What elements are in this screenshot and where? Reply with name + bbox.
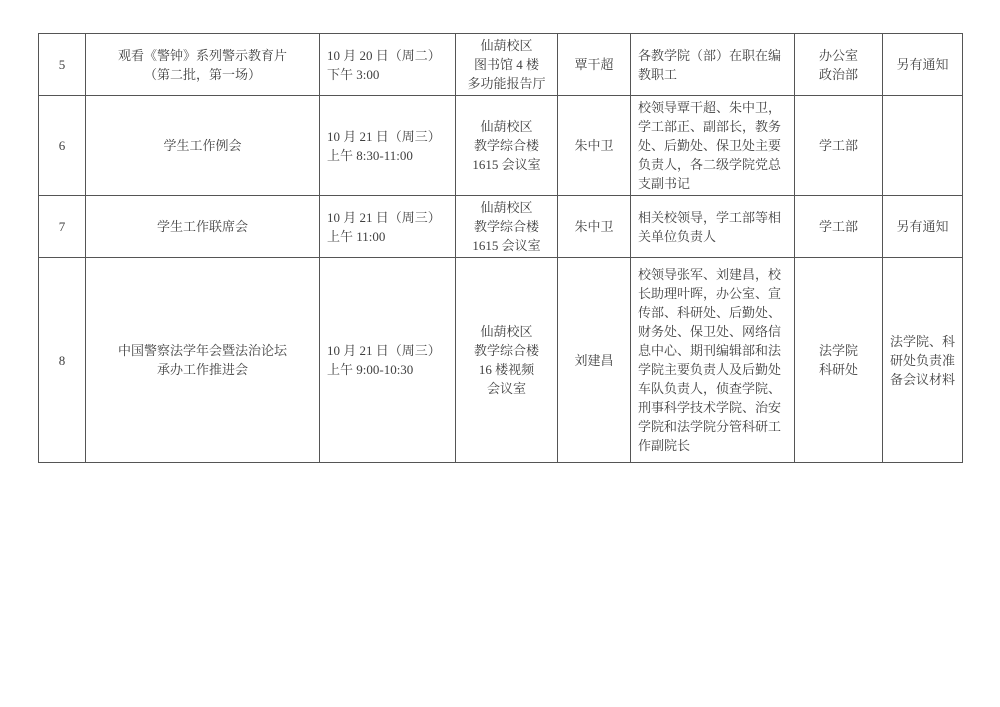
cell-organizer: 学工部 xyxy=(795,196,883,258)
cell-leader: 朱中卫 xyxy=(558,96,631,196)
cell-leader: 朱中卫 xyxy=(558,196,631,258)
cell-serial-number: 6 xyxy=(39,96,86,196)
cell-attendees: 校领导覃干超、朱中卫，学工部正、副部长，教务处、后勤处、保卫处主要负责人，各二级… xyxy=(631,96,795,196)
table-row: 6 学生工作例会 10 月 21 日（周三） 上午 8:30-11:00 仙葫校… xyxy=(39,96,963,196)
document-page: 5 观看《警钟》系列警示教育片 （第二批，第一场） 10 月 20 日（周二） … xyxy=(0,0,1000,707)
cell-organizer: 学工部 xyxy=(795,96,883,196)
cell-remarks xyxy=(883,96,963,196)
cell-event-name: 中国警察法学年会暨法治论坛 承办工作推进会 xyxy=(86,258,320,463)
cell-serial-number: 7 xyxy=(39,196,86,258)
cell-location: 仙葫校区 教学综合楼 1615 会议室 xyxy=(456,196,558,258)
cell-datetime: 10 月 21 日（周三） 上午 8:30-11:00 xyxy=(320,96,456,196)
cell-datetime: 10 月 21 日（周三） 上午 9:00-10:30 xyxy=(320,258,456,463)
cell-datetime: 10 月 20 日（周二） 下午 3:00 xyxy=(320,34,456,96)
meeting-schedule-table: 5 观看《警钟》系列警示教育片 （第二批，第一场） 10 月 20 日（周二） … xyxy=(38,33,963,463)
table-row: 5 观看《警钟》系列警示教育片 （第二批，第一场） 10 月 20 日（周二） … xyxy=(39,34,963,96)
cell-location: 仙葫校区 教学综合楼 16 楼视频 会议室 xyxy=(456,258,558,463)
cell-attendees: 各教学院（部）在职在编教职工 xyxy=(631,34,795,96)
cell-datetime: 10 月 21 日（周三） 上午 11:00 xyxy=(320,196,456,258)
cell-leader: 覃干超 xyxy=(558,34,631,96)
cell-organizer: 办公室 政治部 xyxy=(795,34,883,96)
cell-event-name: 观看《警钟》系列警示教育片 （第二批，第一场） xyxy=(86,34,320,96)
cell-remarks: 另有通知 xyxy=(883,196,963,258)
cell-attendees: 相关校领导，学工部等相关单位负责人 xyxy=(631,196,795,258)
cell-location: 仙葫校区 教学综合楼 1615 会议室 xyxy=(456,96,558,196)
cell-location: 仙葫校区 图书馆 4 楼 多功能报告厅 xyxy=(456,34,558,96)
table-row: 8 中国警察法学年会暨法治论坛 承办工作推进会 10 月 21 日（周三） 上午… xyxy=(39,258,963,463)
cell-remarks: 另有通知 xyxy=(883,34,963,96)
cell-leader: 刘建昌 xyxy=(558,258,631,463)
cell-organizer: 法学院 科研处 xyxy=(795,258,883,463)
cell-attendees: 校领导张军、刘建昌，校长助理叶晖，办公室、宣传部、科研处、后勤处、财务处、保卫处… xyxy=(631,258,795,463)
cell-event-name: 学生工作联席会 xyxy=(86,196,320,258)
cell-remarks: 法学院、科研处负责准备会议材料 xyxy=(883,258,963,463)
table-row: 7 学生工作联席会 10 月 21 日（周三） 上午 11:00 仙葫校区 教学… xyxy=(39,196,963,258)
cell-serial-number: 5 xyxy=(39,34,86,96)
cell-serial-number: 8 xyxy=(39,258,86,463)
cell-event-name: 学生工作例会 xyxy=(86,96,320,196)
